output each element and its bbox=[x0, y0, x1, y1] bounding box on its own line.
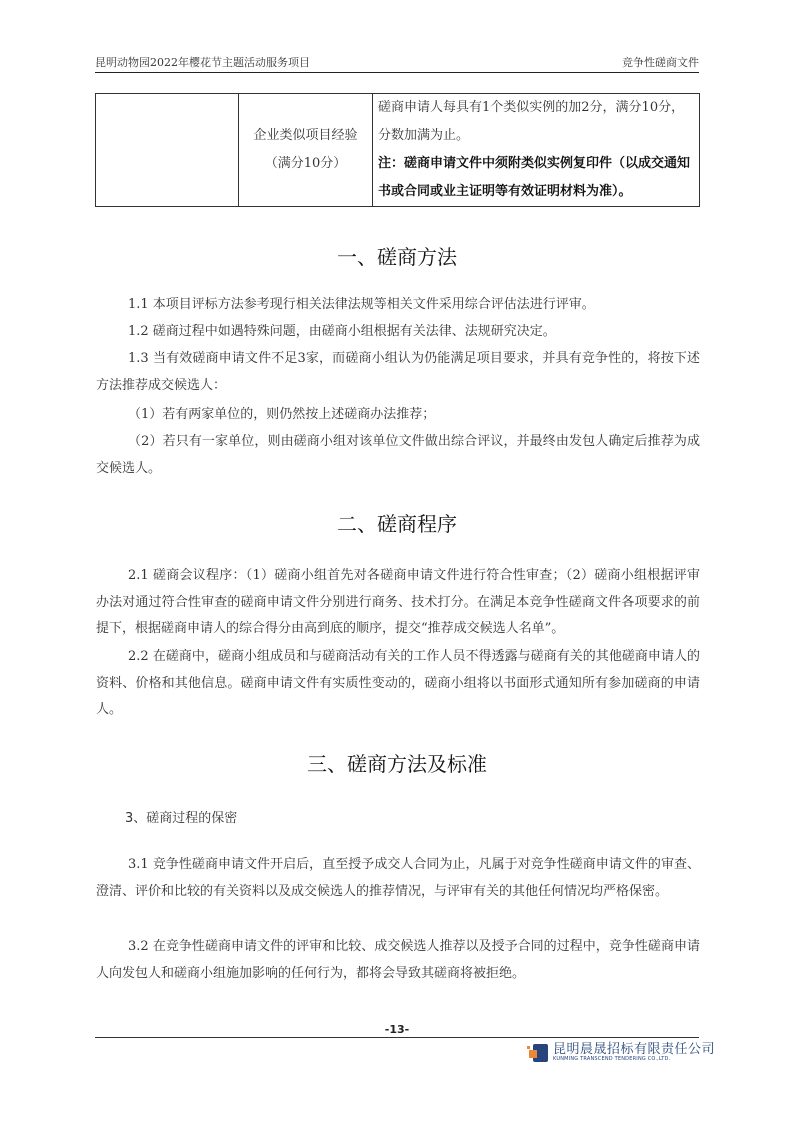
paragraph-3-2: 3.2 在竞争性磋商申请文件的评审和比较、成交候选人推荐以及授予合同的过程中，竞… bbox=[96, 934, 700, 987]
header-document-type: 竞争性磋商文件 bbox=[622, 54, 699, 70]
paragraph-2-1: 2.1 磋商会议程序：（1）磋商小组首先对各磋商申请文件进行符合性审查；（2）磋… bbox=[96, 563, 700, 643]
table-cell-rule: 磋商申请人每具有1个类似实例的加2分，满分10分，分数加满为止。 注：磋商申请文… bbox=[373, 94, 700, 207]
paragraph-1-1: 1.1 本项目评标方法参考现行相关法律法规等相关文件采用综合评估法进行评审。 bbox=[96, 292, 700, 319]
company-logo: 昆明晨晟招标有限责任公司 KUNMING TRANSCEND TENDERING… bbox=[527, 1043, 715, 1063]
subheading-3: 3、磋商过程的保密 bbox=[125, 807, 237, 826]
paragraph-1-3: 1.3 当有效磋商申请文件不足3家，而磋商小组认为仍能满足项目要求，并具有竞争性… bbox=[96, 346, 700, 399]
scoring-rule-text: 磋商申请人每具有1个类似实例的加2分，满分10分，分数加满为止。 bbox=[378, 94, 695, 150]
header-project-title: 昆明动物园2022年樱花节主题活动服务项目 bbox=[95, 54, 310, 70]
section-title-1: 一、磋商方法 bbox=[95, 241, 699, 270]
table-cell-category bbox=[96, 94, 239, 207]
scoring-rule-note: 注：磋商申请文件中须附类似实例复印件（以成交通知书或合同或业主证明等有效证明材料… bbox=[378, 150, 695, 206]
paragraph-1-2: 1.2 磋商过程中如遇特殊问题，由磋商小组根据有关法律、法规研究决定。 bbox=[96, 319, 700, 346]
footer-divider bbox=[95, 1037, 699, 1038]
table-row: 企业类似项目经验 （满分10分） 磋商申请人每具有1个类似实例的加2分，满分10… bbox=[96, 94, 700, 207]
paragraph-2-2: 2.2 在磋商中，磋商小组成员和与磋商活动有关的工作人员不得透露与磋商有关的其他… bbox=[96, 644, 700, 724]
header-divider bbox=[95, 72, 699, 73]
paragraph-1-3-item-2: （2）若只有一家单位，则由磋商小组对该单位文件做出综合评议，并最终由发包人确定后… bbox=[96, 429, 700, 482]
section-title-3: 三、磋商方法及标准 bbox=[95, 748, 699, 777]
section-title-2: 二、磋商程序 bbox=[95, 508, 699, 537]
table-cell-criterion: 企业类似项目经验 （满分10分） bbox=[239, 94, 373, 207]
paragraph-3-1: 3.1 竞争性磋商申请文件开启后，直至授予成交人合同为止，凡属于对竞争性磋商申请… bbox=[96, 852, 700, 905]
paragraph-1-3-item-1: （1）若有两家单位的，则仍然按上述磋商办法推荐； bbox=[96, 402, 700, 429]
page-header: 昆明动物园2022年樱花节主题活动服务项目 竞争性磋商文件 bbox=[95, 52, 699, 70]
page-number: -13- bbox=[0, 1023, 794, 1036]
criterion-max-score: （满分10分） bbox=[240, 150, 371, 178]
criterion-name: 企业类似项目经验 bbox=[240, 122, 371, 150]
scoring-table: 企业类似项目经验 （满分10分） 磋商申请人每具有1个类似实例的加2分，满分10… bbox=[95, 93, 700, 207]
company-name-en: KUNMING TRANSCEND TENDERING CO.,LTD. bbox=[553, 1056, 715, 1063]
logo-mark-icon bbox=[527, 1044, 549, 1062]
company-name-cn: 昆明晨晟招标有限责任公司 bbox=[553, 1043, 715, 1056]
